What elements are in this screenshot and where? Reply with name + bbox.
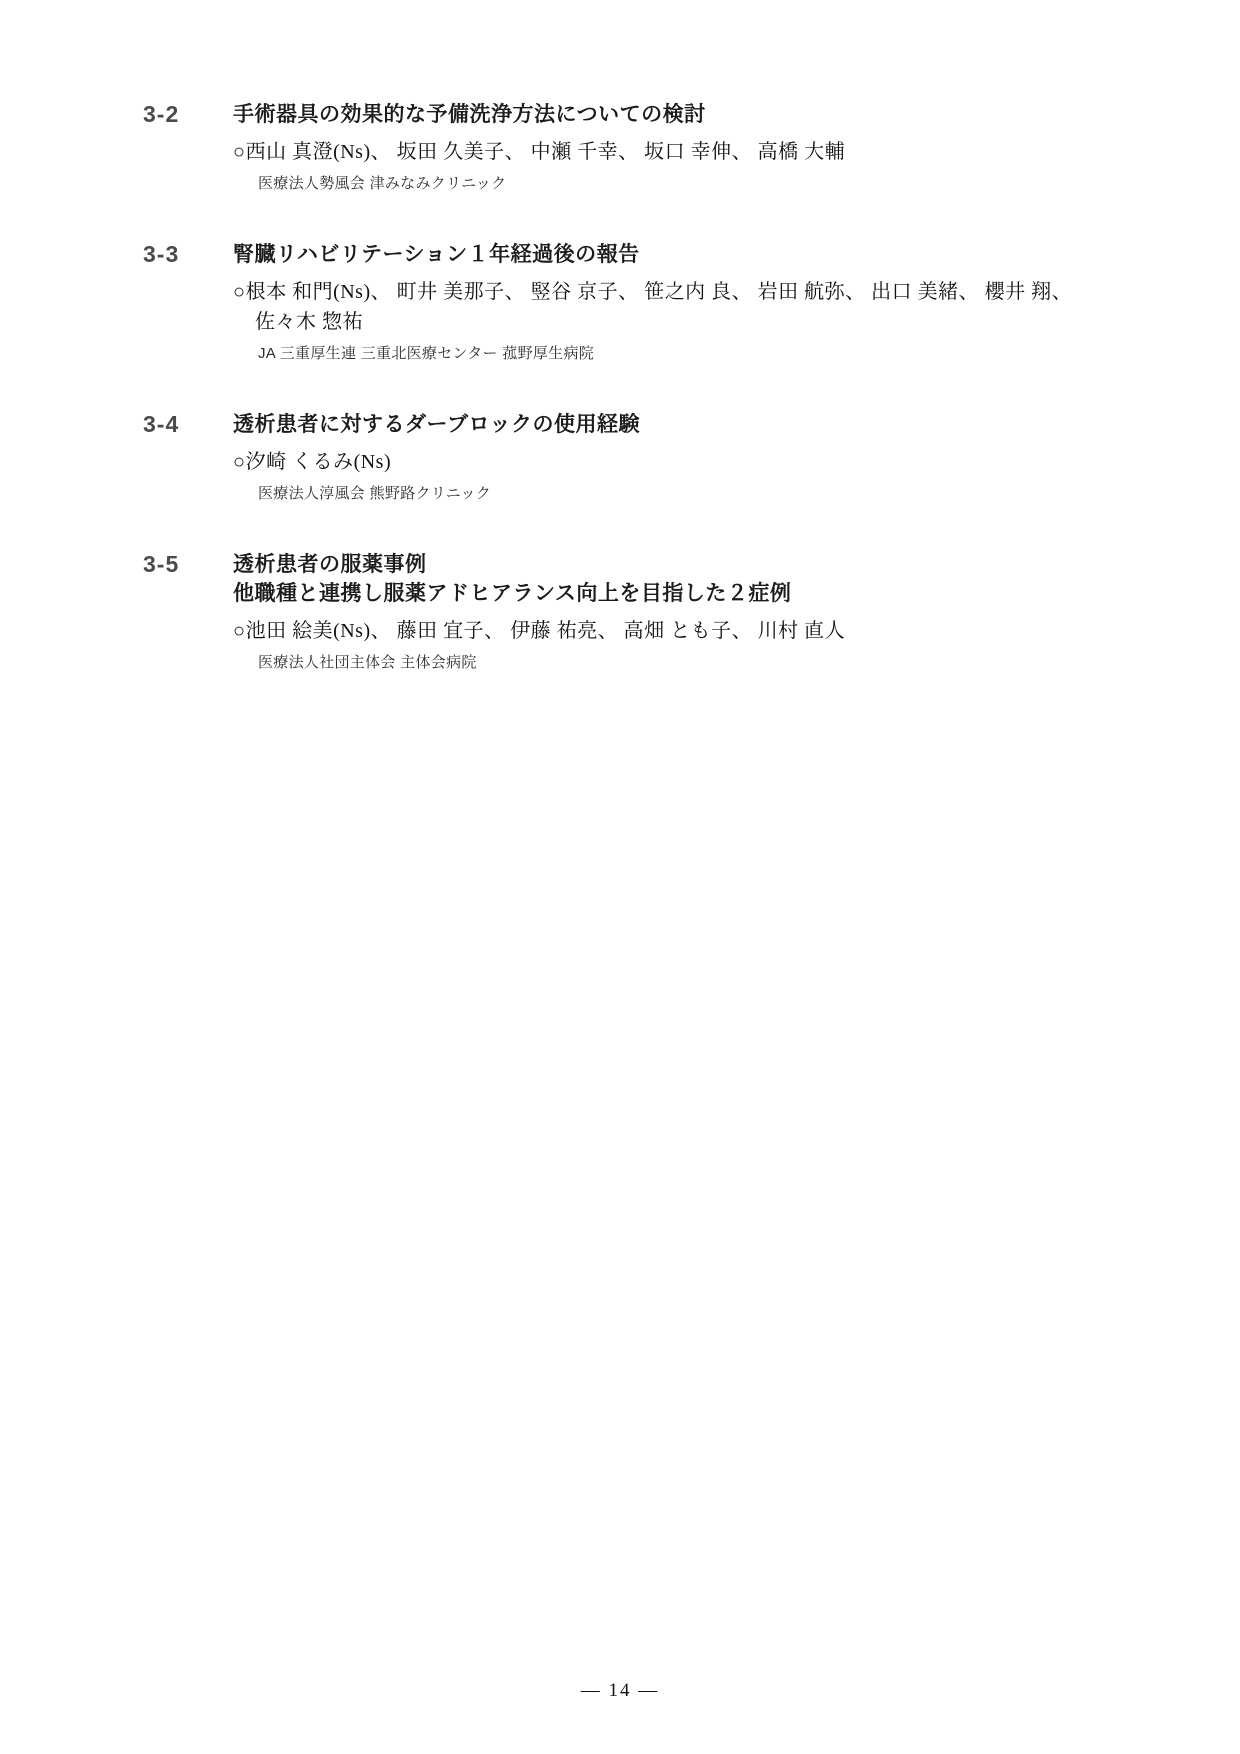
author-line: ○池田 絵美(Ns)、 藤田 宜子、 伊藤 祐亮、 高畑 とも子、 川村 直人 <box>233 616 1153 646</box>
session-number: 3-4 <box>143 410 233 438</box>
entry-content: 透析患者に対するダーブロックの使用経験 ○汐崎 くるみ(Ns) 医療法人淳風会 … <box>233 410 1153 504</box>
affiliation: 医療法人淳風会 熊野路クリニック <box>233 484 1153 504</box>
presentation-title: 腎臓リハビリテーション１年経過後の報告 <box>233 240 1153 269</box>
program-entry-3-2: 3-2 手術器具の効果的な予備洗浄方法についての検討 ○西山 真澄(Ns)、 坂… <box>143 100 1153 194</box>
affiliation: 医療法人社団主体会 主体会病院 <box>233 653 1153 673</box>
program-entry-3-4: 3-4 透析患者に対するダーブロックの使用経験 ○汐崎 くるみ(Ns) 医療法人… <box>143 410 1153 504</box>
presentation-title: 手術器具の効果的な予備洗浄方法についての検討 <box>233 100 1153 129</box>
author-line: ○西山 真澄(Ns)、 坂田 久美子、 中瀬 千幸、 坂口 幸伸、 高橋 大輔 <box>233 137 1153 167</box>
presentation-title: 透析患者に対するダーブロックの使用経験 <box>233 410 1153 439</box>
program-entry-3-5: 3-5 透析患者の服薬事例 他職種と連携し服薬アドヒアランス向上を目指した２症例… <box>143 550 1153 673</box>
entry-content: 手術器具の効果的な予備洗浄方法についての検討 ○西山 真澄(Ns)、 坂田 久美… <box>233 100 1153 194</box>
affiliation: JA 三重厚生連 三重北医療センター 菰野厚生病院 <box>233 344 1153 364</box>
entry-content: 腎臓リハビリテーション１年経過後の報告 ○根本 和門(Ns)、 町井 美那子、 … <box>233 240 1153 364</box>
affiliation: 医療法人勢風会 津みなみクリニック <box>233 174 1153 194</box>
entry-content: 透析患者の服薬事例 他職種と連携し服薬アドヒアランス向上を目指した２症例 ○池田… <box>233 550 1153 673</box>
presentation-title-line-2: 他職種と連携し服薬アドヒアランス向上を目指した２症例 <box>233 579 1153 608</box>
session-number: 3-2 <box>143 100 233 128</box>
page-number: — 14 — <box>0 1680 1240 1702</box>
author-line-continued: 佐々木 惣祐 <box>233 307 1153 337</box>
program-entry-list: 3-2 手術器具の効果的な予備洗浄方法についての検討 ○西山 真澄(Ns)、 坂… <box>143 100 1153 719</box>
presentation-title: 透析患者の服薬事例 <box>233 550 1153 579</box>
author-line: ○汐崎 くるみ(Ns) <box>233 447 1153 477</box>
author-line: ○根本 和門(Ns)、 町井 美那子、 竪谷 京子、 笹之内 良、 岩田 航弥、… <box>233 277 1153 307</box>
session-number: 3-3 <box>143 240 233 268</box>
program-entry-3-3: 3-3 腎臓リハビリテーション１年経過後の報告 ○根本 和門(Ns)、 町井 美… <box>143 240 1153 364</box>
session-number: 3-5 <box>143 550 233 578</box>
